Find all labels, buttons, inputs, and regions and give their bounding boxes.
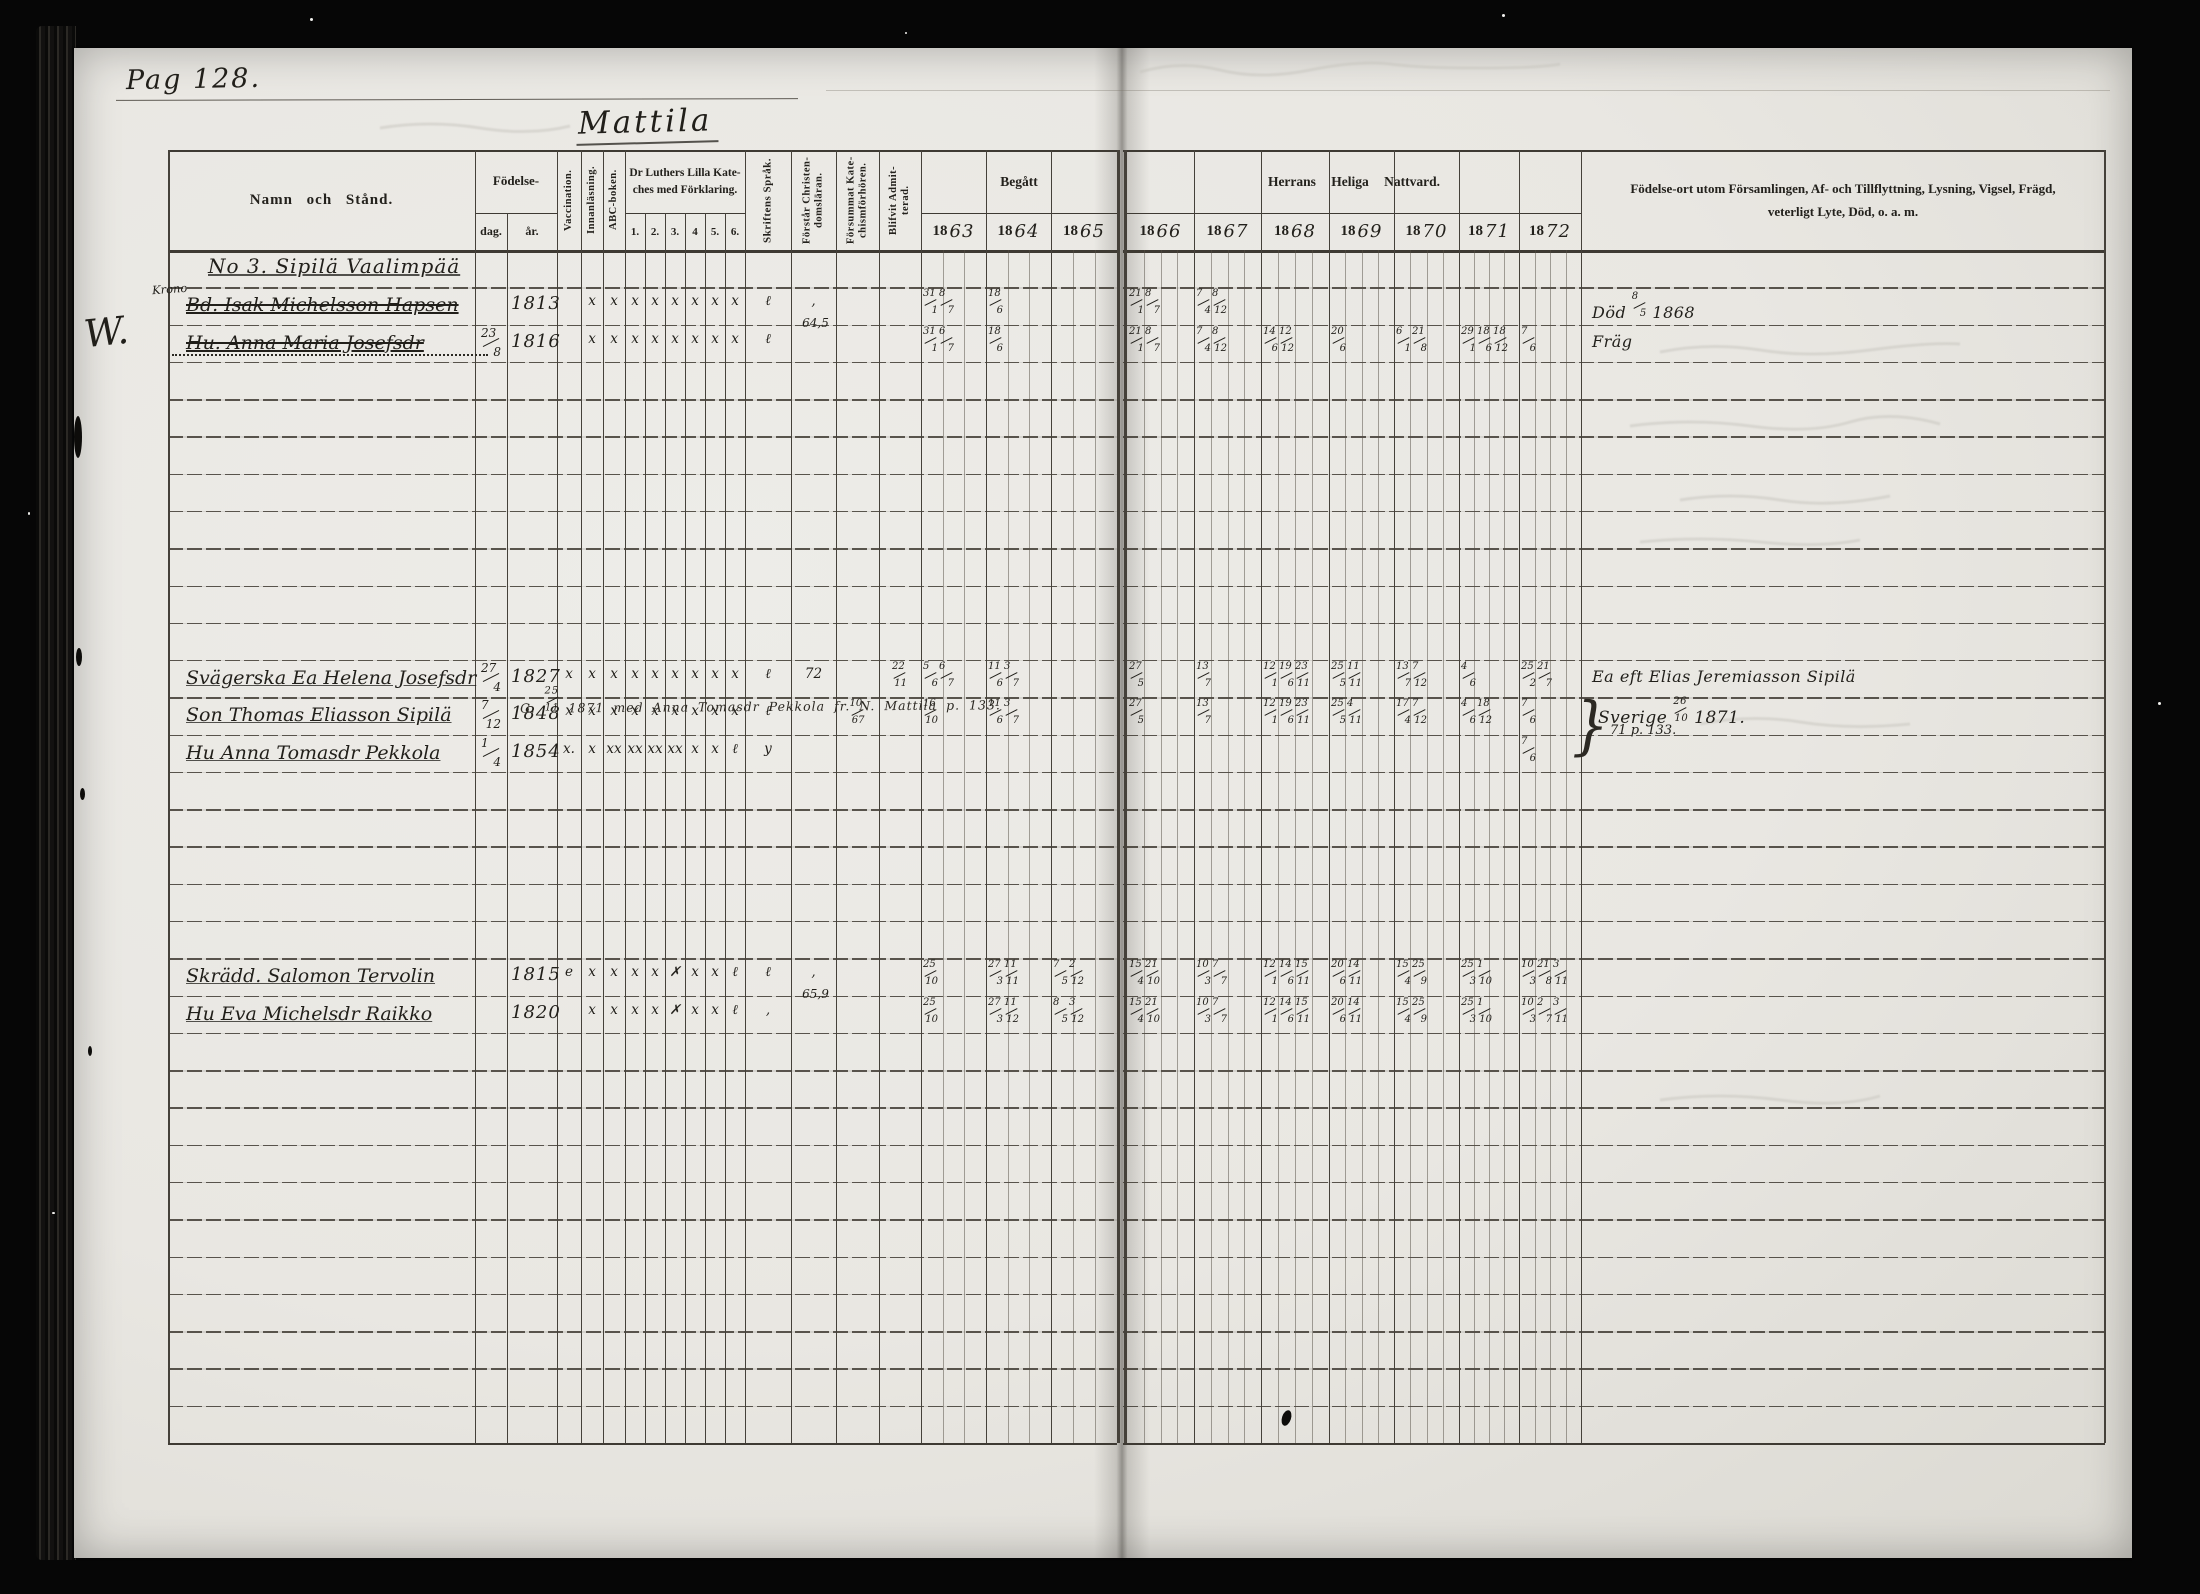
check-mark: x [685,741,705,757]
grid-line [1123,586,2105,587]
communion-dates: 275 [1129,701,1193,725]
date-mark: 146 [1279,1000,1294,1024]
check-mark: x [685,666,705,682]
mark: 2 [1069,960,1075,970]
dust-speck [28,512,30,515]
check-mark: x [725,666,745,682]
mark: 11 [1555,1015,1568,1025]
communion-dates: 275 [1129,664,1193,688]
date-mark: 103 [1521,962,1536,986]
communion-dates: 21187 [1129,329,1193,353]
date-mark: 218 [1537,962,1552,986]
mark: 4 [1461,699,1467,709]
scanned-ledger-page: Pag 128. Mattila W. Namn och Stånd. Föde… [0,0,2200,1594]
grid-line [168,1368,1117,1369]
date-mark: 411 [1347,701,1362,725]
date-mark: 121 [1263,701,1278,725]
date-mark: 76 [1521,329,1536,353]
communion-dates: 1461212 [1263,329,1328,353]
mark: 10 [1196,998,1209,1008]
col-header-admitted: Blifvit Admit- terad. [879,152,921,248]
mark: 18 [1493,327,1506,337]
check-mark: x [665,331,685,347]
communion-dates: 255411 [1331,701,1393,725]
mark: 7 [1521,699,1527,709]
margin-note: Död 85 1868 [1592,294,1695,322]
mark: 10 [1675,714,1689,724]
communion-dates: 253110 [1461,1000,1518,1024]
grid-line [1489,250,1490,1443]
mark: 21 [1537,662,1550,672]
communion-dates: 206 [1331,329,1393,353]
mark: 12 [486,718,501,730]
mark: 11 [545,704,560,714]
mark: 15 [1129,998,1142,1008]
mark: 6 [997,344,1003,354]
date-mark: 87 [1145,291,1160,315]
mark: 25 [1331,699,1344,709]
communion-dates: 1542110 [1129,962,1193,986]
mark: 1 [932,306,938,316]
mark: 3 [1553,998,1559,1008]
mark: 6 [1288,716,1294,726]
page-number: Pag 128. [126,63,262,96]
ledger-row: Hu Eva Michelsdr Raikko1820xxxx✗xxℓ,65,9… [0,996,2200,1039]
grid-line [168,399,1117,400]
date-mark: 275 [1129,701,1144,725]
mark: 3 [997,1015,1003,1025]
mark: 23 [1295,699,1308,709]
communion-dates: 137 [1196,701,1260,725]
mark: 14 [1347,960,1360,970]
mark: 3 [1553,960,1559,970]
col-header-abc-book: ABC-boken. [603,152,625,248]
check-mark: x [705,666,725,682]
communion-dates: 137 [1196,664,1260,688]
mark: 12 [1006,1015,1019,1025]
date-mark: 77 [1212,962,1227,986]
catechism-col-3: 3. [665,213,685,250]
col-header-birth: Födelse- [475,150,557,212]
mark: 12 [1281,344,1294,354]
mark: 1 [1405,344,1411,354]
mark: 5 [1138,716,1144,726]
grid-line [168,548,1117,549]
date-mark: 56 [923,664,938,688]
mark: 7 [1212,998,1218,1008]
catechism-col-2: 2. [645,213,665,250]
year-header: 1871 [1459,213,1519,250]
check-mark: x [685,293,705,309]
grid-line [168,1182,1117,1183]
year-digits: 18 [1274,223,1289,240]
date-mark: 154 [1396,962,1411,986]
mark: 6 [1396,327,1402,337]
mark: 21 [1129,289,1142,299]
mark: 5 [1062,1015,1068,1025]
grid-line [1177,250,1178,1443]
grid-line [1123,1331,2105,1332]
mark: 7 [1221,1015,1227,1025]
mark: 12 [1071,1015,1084,1025]
birth-year: 1820 [511,1002,561,1023]
year-digits: 72 [1546,221,1571,242]
mark: 13 [1196,662,1209,672]
date-mark: 259 [1412,1000,1427,1024]
check-mark: x [665,666,685,682]
grid-line [1123,1219,2105,1220]
communion-dates: 74812 [1196,291,1260,315]
mark: 13 [1396,662,1409,672]
mark: 20 [1331,327,1344,337]
mark: 67 [852,716,865,726]
catechism-col-1: 1. [625,213,645,250]
date-mark: 259 [1412,962,1427,986]
mark: 10 [1479,977,1492,987]
check-mark: xx [625,741,645,757]
check-mark: , [791,964,836,980]
mark: 6 [939,327,945,337]
mark: 6 [1530,716,1536,726]
communion-dates: 174712 [1396,701,1458,725]
margin-note: Ea eft Elias Jeremiasson Sipilä [1592,667,1856,686]
grid-line [1244,250,1245,1443]
mark: 2 [1537,998,1543,1008]
mark: 7 [1412,662,1418,672]
mark: 1 [1272,679,1278,689]
check-mark: x [581,331,603,347]
mark: 10 [925,977,938,987]
col-header-catechism: Dr Luthers Lilla Kate- ches med Förklari… [625,150,745,213]
date-mark: 76 [1521,739,1536,763]
birth-day: 238 [481,329,501,357]
mark: 25 [1461,960,1474,970]
mark: 6 [1272,344,1278,354]
mark: 10 [925,1015,938,1025]
mark: 14 [1279,998,1292,1008]
grid-line [1073,250,1074,1443]
marriage-note: G. 2511 1871 med Anna Tomasdr Pekkola fr… [520,686,1001,716]
mark: 11 [1347,662,1360,672]
date-mark: 186 [988,329,1003,353]
mark: 11 [1004,960,1017,970]
year-digits: 18 [1341,223,1356,240]
year-digits: 69 [1358,221,1383,242]
grid-line [943,250,944,1443]
check-mark: , [791,293,836,309]
check-mark: x [645,331,665,347]
mark: 2 [1530,679,1536,689]
mark: 25 [923,960,936,970]
grid-line [1123,548,2105,549]
date-mark: 137 [1396,664,1411,688]
year-header: 1864 [986,213,1051,250]
date-mark: 121 [1263,664,1278,688]
date-mark: 1511 [1295,962,1310,986]
grid-line [1312,250,1313,1443]
mark: 10 [1479,1015,1492,1025]
date-mark: 712 [1412,664,1427,688]
entry-name: No 3. Sipilä Vaalimpää [172,254,510,278]
mark: 3 [1470,977,1476,987]
mark: 7 [1196,289,1202,299]
year-digits: 18 [933,223,948,240]
mark: 8 [939,289,945,299]
mark: 9 [1421,1015,1427,1025]
catechism-col-5: 5. [705,213,725,250]
grid-line [168,1331,1117,1332]
check-mark: ✗ [665,964,685,980]
grid-line [1123,474,2105,475]
mark: 3 [1530,977,1536,987]
date-mark: 206 [1331,962,1346,986]
check-mark: x [625,666,645,682]
date-mark: 174 [1396,701,1411,725]
grid-line [1474,250,1475,1443]
date-mark: 1111 [1347,664,1362,688]
mark: 18 [988,289,1001,299]
mark: 31 [923,327,936,337]
check-mark: x [705,964,725,980]
year-digits: 70 [1423,221,1448,242]
dust-speck [310,18,313,21]
mark: 25 [1461,998,1474,1008]
date-mark: 87 [1145,329,1160,353]
mark: 15 [1295,960,1308,970]
check-mark: ℓ [745,293,791,309]
grid-line [168,1406,1117,1407]
date-mark: 121 [1263,1000,1278,1024]
grid-line [168,511,1117,512]
check-mark: x [625,331,645,347]
check-mark: x [625,964,645,980]
mark: 27 [1129,662,1142,672]
mark: 3 [1530,1015,1536,1025]
grid-line [1443,250,1444,1443]
date-mark: 311 [923,329,938,353]
grid-line [1295,250,1296,1443]
dust-speck [52,1212,55,1214]
grid-line [1123,1107,2105,1108]
communion-dates: 76 [1521,329,1580,353]
communion-dates: 2551111 [1331,664,1393,688]
date-mark: 273 [988,962,1003,986]
mark: 15 [1396,998,1409,1008]
mark: 6 [1340,977,1346,987]
birth-year: 1816 [511,331,561,352]
date-mark: 77 [1212,1000,1227,1024]
check-mark: x [685,1002,705,1018]
grid-line [1095,250,1096,1443]
date-mark: 186 [988,291,1003,315]
grid-line [1123,884,2105,885]
mark: 4 [1205,306,1211,316]
mark: 21 [1145,960,1158,970]
col-header-birth-day: dag. [475,213,507,250]
communion-dates: 21187 [1129,291,1193,315]
year-header: 1868 [1261,213,1329,250]
entry-name: Hu. Anna Maria Josefsdr [172,332,488,356]
grid-line [1566,250,1567,1443]
grid-line [1123,511,2105,512]
communion-dates: 2911861812 [1461,329,1518,353]
check-mark: e [557,964,581,980]
communion-dates: 186 [988,329,1050,353]
mark: 15 [1396,960,1409,970]
communion-dates: 461812 [1461,701,1518,725]
mark: 20 [1331,960,1344,970]
date-mark: 121 [1263,962,1278,986]
date-mark: 253 [1461,1000,1476,1024]
date-mark: 311 [923,291,938,315]
check-mark: y [745,741,791,757]
grid-line [665,213,666,1443]
mark: 7 [1154,306,1160,316]
communion-dates: 10377 [1196,962,1260,986]
date-mark: 1812 [1493,329,1508,353]
mark: 31 [923,289,936,299]
entry-name: Skrädd. Salomon Tervolin [172,965,488,987]
check-mark: x [705,293,725,309]
communion-dates: 74812 [1196,329,1260,353]
mark: 9 [1421,977,1427,987]
col-header-vaccination: Vaccination. [557,152,581,248]
year-digits: 18 [1406,223,1421,240]
mark: 6 [1288,1015,1294,1025]
communion-dates: 5667 [923,664,985,688]
mark: 1 [1477,998,1483,1008]
mark: 7 [1546,679,1552,689]
birth-year: 1813 [511,293,561,314]
mark: 10 [1521,998,1534,1008]
dust-speck [1502,14,1505,17]
year-digits: 18 [1468,223,1483,240]
mark: 14 [1347,998,1360,1008]
grid-line [1504,250,1505,1443]
date-mark: 255 [1331,701,1346,725]
grid-line [685,213,686,1443]
grid-line [1008,250,1009,1443]
mark: 21 [1537,960,1550,970]
mark: 11 [1349,716,1362,726]
date-mark: 206 [1331,1000,1346,1024]
birth-day: 712 [481,701,501,729]
date-mark: 110 [1477,962,1492,986]
dust-speck [905,32,907,34]
ink-blot [80,788,85,800]
date-mark: 2510 [923,962,938,986]
mark: 7 [1013,716,1019,726]
mark: 22 [892,662,905,672]
grid-line [1144,250,1145,1443]
grid-line [1123,1443,2105,1445]
date-mark: 252 [1521,664,1536,688]
check-mark: x [725,293,745,309]
communion-dates: 31187 [923,291,985,315]
communion-dates: 2510 [923,1000,985,1024]
ledger-row: Hu. Anna Maria Josefsdr2381816xxxxxxxxℓ6… [0,325,2200,368]
date-mark: 76 [1521,701,1536,725]
check-mark: x. [557,741,581,757]
mark: 23 [481,327,496,339]
mark: 25 [1521,662,1534,672]
mark: 3 [1205,977,1211,987]
date-mark: 37 [1004,664,1019,688]
date-mark: 2211 [892,664,907,688]
communion-dates: 85312 [1053,1000,1116,1024]
mark: 6 [1530,344,1536,354]
col-header-missed: Försummat Kate- chismförhören. [836,152,879,248]
mark: 8 [1053,998,1059,1008]
check-mark: x [581,1002,603,1018]
date-mark: 2510 [923,1000,938,1024]
grid-line [168,809,1117,810]
date-mark: 154 [1129,962,1144,986]
mark: 1 [932,344,938,354]
grid-line [1123,1182,2105,1183]
communion-dates: 103218311 [1521,962,1580,986]
communion-dates: 1211461511 [1263,1000,1328,1024]
date-mark: 218 [1412,329,1427,353]
date-mark: 46 [1461,701,1476,725]
date-mark: 1112 [1004,1000,1019,1024]
mark: 5 [923,662,929,672]
mark: 27 [481,662,496,674]
mark: 6 [997,306,1003,316]
exam-score: 64,5 [793,316,838,330]
date-mark: 812 [1212,291,1227,315]
mark: 8 [493,346,501,358]
mark: 4 [1205,344,1211,354]
check-mark: x [581,964,603,980]
year-digits: 18 [1140,223,1155,240]
check-mark: x [705,331,725,347]
mark: 12 [1071,977,1084,987]
mark: 7 [1196,327,1202,337]
check-mark: x [625,293,645,309]
date-mark: 275 [1129,664,1144,688]
mark: 7 [481,699,489,711]
mark: 10 [1521,960,1534,970]
date-mark: 103 [1196,1000,1211,1024]
grid-line [1535,250,1536,1443]
grid-line [168,884,1117,885]
grid-line [1123,623,2105,624]
entry-name: Son Thomas Eliasson Sipilä [172,704,488,726]
check-mark: x [665,293,685,309]
mark: 10 [1196,960,1209,970]
date-mark: 291 [1461,329,1476,353]
grid-line [1123,150,2105,152]
tenure-note: Krono [152,281,188,297]
mark: 5 [1340,716,1346,726]
date-mark: 255 [1331,664,1346,688]
grid-line [1029,250,1030,1443]
communion-dates: 252217 [1521,664,1580,688]
date-mark: 186 [1477,329,1492,353]
mark: 8 [1145,327,1151,337]
mark: 1 [1272,716,1278,726]
mark: 12 [1495,344,1508,354]
date-mark: 85 [1632,294,1647,318]
mark: 7 [1521,737,1527,747]
mark: 27 [988,960,1001,970]
mark: 4 [1405,716,1411,726]
check-mark: xx [645,741,665,757]
mark: 1 [1272,977,1278,987]
date-mark: 212 [1069,962,1084,986]
ink-blot [88,1046,92,1056]
